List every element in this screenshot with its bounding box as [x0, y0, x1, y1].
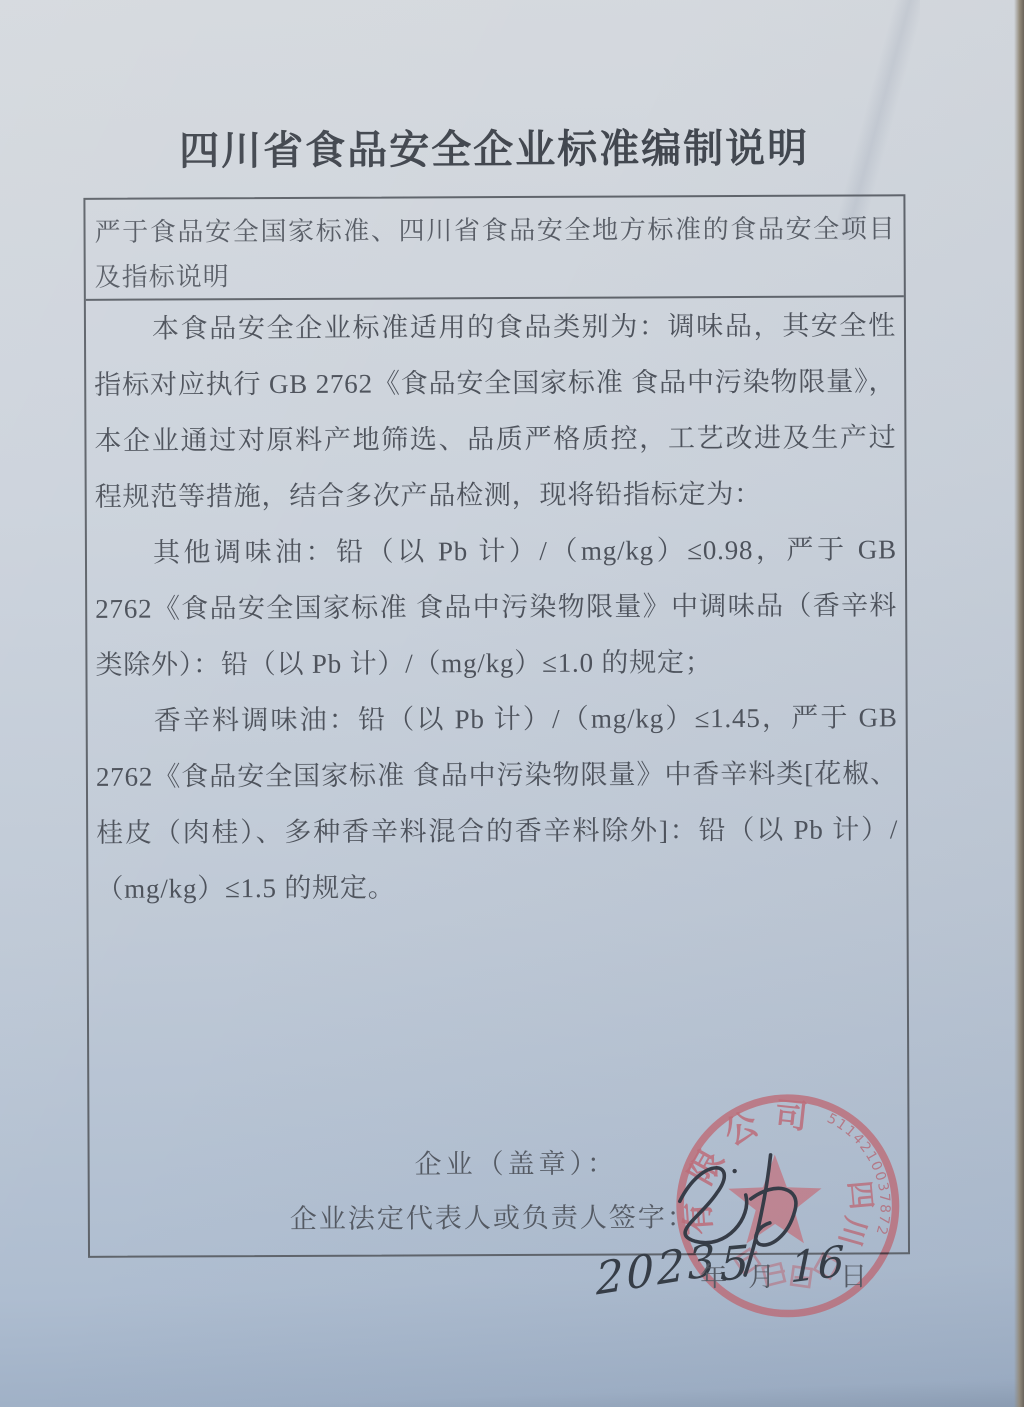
paper-content: 四川省食品安全企业标准编制说明 严于食品安全国家标准、四川省食品安全地方标准的食…: [0, 0, 1024, 1407]
day-unit-label: 日: [840, 1254, 867, 1293]
month-unit-label: 月: [748, 1255, 775, 1294]
paragraph-other-seasoning-oil: 其他调味油：铅（以 Pb 计）/（mg/kg）≤0.98，严于 GB 2762《…: [95, 521, 898, 692]
paragraph-scope: 本食品安全企业标准适用的食品类别为：调味品，其安全性指标对应执行 GB 2762…: [94, 297, 897, 524]
handwritten-day: 16: [790, 1236, 846, 1292]
company-seal-label: 企业（盖章）：: [415, 1142, 619, 1182]
seal-region-char-1: 四: [842, 1179, 877, 1211]
document-photo: 四川省食品安全企业标准编制说明 严于食品安全国家标准、四川省食品安全地方标准的食…: [0, 0, 1024, 1407]
paragraph-spice-seasoning-oil: 香辛料调味油：铅（以 Pb 计）/（mg/kg）≤1.45，严于 GB 2762…: [96, 689, 899, 916]
standard-explanation-table: 严于食品安全国家标准、四川省食品安全地方标准的食品安全项目及指标说明 本食品安全…: [83, 194, 910, 1258]
table-header-cell: 严于食品安全国家标准、四川省食品安全地方标准的食品安全项目及指标说明: [85, 196, 903, 301]
page-title: 四川省食品安全企业标准编制说明: [83, 116, 905, 177]
handwritten-month: 5: [720, 1235, 750, 1292]
table-body-cell: 本食品安全企业标准适用的食品类别为：调味品，其安全性指标对应执行 GB 2762…: [86, 297, 908, 1258]
